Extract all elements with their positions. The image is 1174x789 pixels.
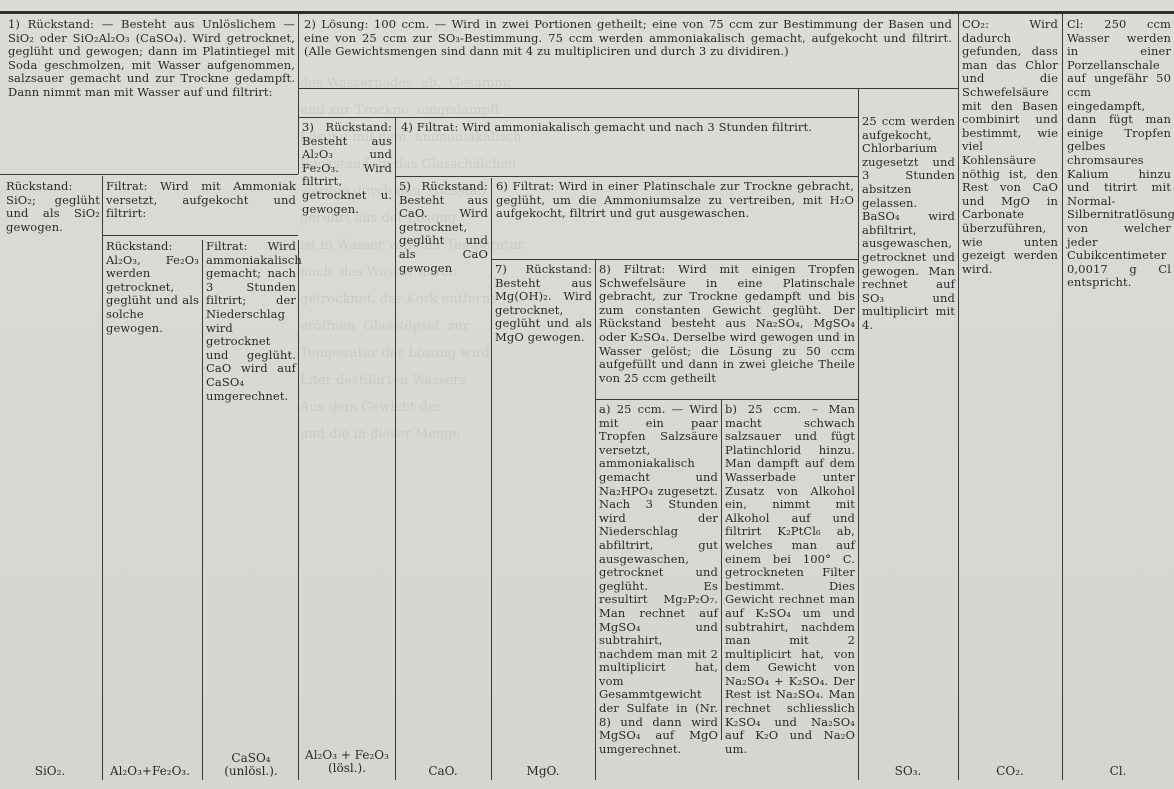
cell-7-rueckstand: 7) Rückstand: Besteht aus Mg(OH)₂. Wird …	[495, 263, 592, 345]
result-label-cl: Cl.	[1062, 765, 1174, 778]
cell-sio2-rueckstand: Rückstand: SiO₂; geglüht und als SiO₂ ge…	[6, 180, 100, 234]
cell-b-part: b) 25 ccm. – Man macht schwach salzsauer…	[725, 403, 855, 756]
result-label-caso4-unloesl: CaSO₄ (unlösl.).	[206, 752, 296, 778]
result-label-al2o3-fe2o3: Al₂O₃+Fe₂O₃.	[100, 765, 200, 778]
row-divider	[595, 399, 858, 400]
label-divider	[491, 740, 492, 780]
cell-8-filtrat: 8) Filtrat: Wird mit einigen Tropfen Sch…	[599, 263, 855, 385]
label-divider	[202, 740, 203, 780]
cell-co2: CO₂: Wird dadurch gefunden, dass man das…	[962, 18, 1058, 276]
cell-6-filtrat: 6) Filtrat: Wird in einer Platinschale z…	[496, 180, 854, 221]
row-divider	[298, 88, 958, 89]
result-label-co2: CO₂.	[958, 765, 1062, 778]
result-label-mgo: MgO.	[491, 765, 595, 778]
result-label-so3: SO₃.	[858, 765, 958, 778]
col-divider	[721, 400, 722, 740]
top-rule	[0, 11, 1174, 14]
cell-3-rueckstand: 3) Rückstand: Besteht aus Al₂O₃ und Fe₂O…	[302, 121, 392, 216]
cell-cl: Cl: 250 ccm Wasser werden in einer Porze…	[1067, 18, 1171, 290]
label-divider	[595, 740, 596, 780]
col-divider	[958, 14, 959, 740]
col-divider	[298, 240, 299, 740]
col-divider	[858, 88, 859, 740]
cell-a-part: a) 25 ccm. — Wird mit ein paar Tropfen S…	[599, 403, 718, 756]
cell-5-rueckstand: 5) Rückstand: Besteht aus CaO. Wird getr…	[399, 180, 488, 275]
cell-sio2-filtrat: Filtrat: Wird mit Ammoniak versetzt, auf…	[106, 180, 296, 221]
cell-2-loesung: 2) Lösung: 100 ccm. — Wird in zwei Porti…	[304, 18, 952, 59]
cell-1-rueckstand: 1) Rückstand: — Besteht aus Unlöslichem …	[8, 18, 295, 100]
label-divider	[1062, 740, 1063, 780]
col-divider	[102, 176, 103, 740]
row-divider	[298, 117, 858, 118]
col-divider	[395, 117, 396, 740]
cell-4-filtrat: 4) Filtrat: Wird ammoniakalisch gemacht …	[401, 121, 854, 135]
result-label-al2o3-fe2o3-loesl: Al₂O₃ + Fe₂O₃ (lösl.).	[300, 749, 394, 775]
cell-al-rueckstand: Rückstand: Al₂O₃, Fe₂O₃ werden getrockne…	[106, 240, 199, 335]
result-label-cao: CaO.	[395, 765, 491, 778]
col-divider	[298, 14, 299, 174]
cell-so3-procedure: 25 ccm werden aufgekocht, Chlorbarium zu…	[862, 115, 955, 333]
col-divider	[595, 260, 596, 740]
row-divider	[395, 176, 858, 177]
label-divider	[858, 740, 859, 780]
result-label-sio2: SiO₂.	[0, 765, 100, 778]
label-divider	[102, 740, 103, 780]
label-divider	[395, 740, 396, 780]
col-divider	[491, 178, 492, 740]
col-divider	[202, 240, 203, 740]
row-divider	[102, 235, 298, 236]
scanned-page: des Wasserbades ab. Gesammt und zur Troc…	[0, 0, 1174, 789]
row-divider	[491, 259, 858, 260]
label-divider	[958, 740, 959, 780]
label-divider	[298, 740, 299, 780]
col-divider	[1062, 14, 1063, 740]
cell-al-filtrat: Filtrat: Wird ammoniakalisch gemacht; na…	[206, 240, 296, 403]
row-divider	[0, 174, 298, 175]
